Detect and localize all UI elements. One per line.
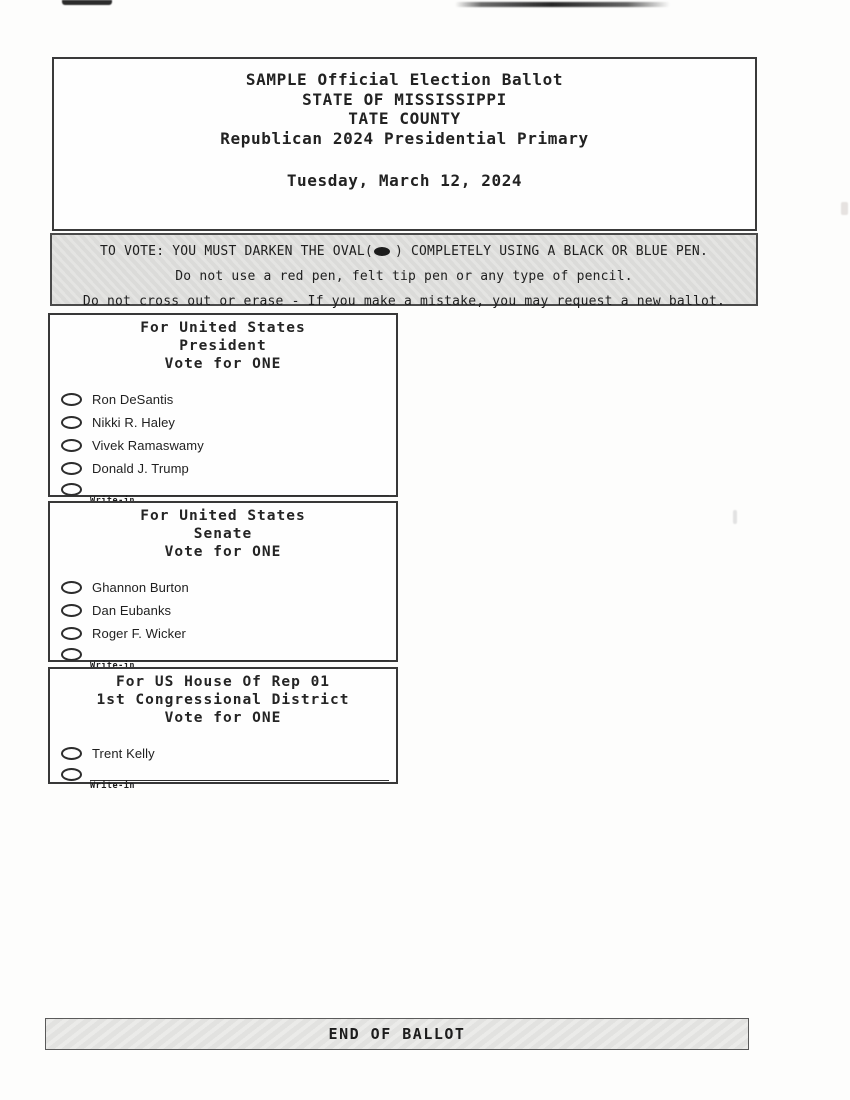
ballot-state: STATE OF MISSISSIPPI bbox=[54, 90, 755, 110]
candidate-name: Nikki R. Haley bbox=[92, 415, 175, 430]
candidate-row: Nikki R. Haley bbox=[50, 411, 396, 434]
filled-oval-icon bbox=[374, 247, 390, 256]
write-in-label: Write-in bbox=[90, 781, 135, 791]
instruction-line-1: TO VOTE: YOU MUST DARKEN THE OVAL() COMP… bbox=[52, 239, 756, 264]
contest-us-senate: For United States Senate Vote for ONE Gh… bbox=[48, 501, 398, 662]
contest-us-house-rep-01: For US House Of Rep 01 1st Congressional… bbox=[48, 667, 398, 784]
contest-title: For US House Of Rep 01 1st Congressional… bbox=[50, 669, 396, 727]
write-in-oval[interactable] bbox=[61, 648, 82, 661]
candidate-row: Ron DeSantis bbox=[50, 388, 396, 411]
candidate-row: Dan Eubanks bbox=[50, 599, 396, 622]
candidate-row: Trent Kelly bbox=[50, 742, 396, 765]
instruction-line-3: Do not cross out or erase - If you make … bbox=[52, 289, 756, 314]
ballot-oval[interactable] bbox=[61, 416, 82, 429]
write-in-line[interactable]: Write-in bbox=[90, 648, 389, 661]
candidate-row: Ghannon Burton bbox=[50, 576, 396, 599]
contest-title: For United States President Vote for ONE bbox=[50, 315, 396, 373]
contest-us-president: For United States President Vote for ONE… bbox=[48, 313, 398, 497]
end-of-ballot-label: END OF BALLOT bbox=[329, 1025, 466, 1043]
write-in-oval[interactable] bbox=[61, 768, 82, 781]
scan-artifact bbox=[841, 202, 848, 215]
scan-artifact bbox=[733, 510, 737, 524]
scan-artifact bbox=[62, 0, 112, 5]
ballot-oval[interactable] bbox=[61, 627, 82, 640]
candidate-name: Donald J. Trump bbox=[92, 461, 189, 476]
candidate-name: Dan Eubanks bbox=[92, 603, 171, 618]
ballot-oval[interactable] bbox=[61, 604, 82, 617]
candidate-row: Donald J. Trump bbox=[50, 457, 396, 480]
ballot-page: SAMPLE Official Election Ballot STATE OF… bbox=[0, 0, 850, 1100]
ballot-oval[interactable] bbox=[61, 747, 82, 760]
ballot-date: Tuesday, March 12, 2024 bbox=[54, 171, 755, 191]
candidate-row: Vivek Ramaswamy bbox=[50, 434, 396, 457]
write-in-row: Write-in bbox=[50, 765, 396, 788]
ballot-county: TATE COUNTY bbox=[54, 109, 755, 129]
voting-instructions-box: TO VOTE: YOU MUST DARKEN THE OVAL() COMP… bbox=[50, 233, 758, 306]
candidate-row: Roger F. Wicker bbox=[50, 622, 396, 645]
instruction-line-2: Do not use a red pen, felt tip pen or an… bbox=[52, 264, 756, 289]
ballot-oval[interactable] bbox=[61, 462, 82, 475]
candidate-name: Trent Kelly bbox=[92, 746, 155, 761]
ballot-election: Republican 2024 Presidential Primary bbox=[54, 129, 755, 149]
candidate-name: Vivek Ramaswamy bbox=[92, 438, 204, 453]
end-of-ballot-bar: END OF BALLOT bbox=[45, 1018, 749, 1050]
write-in-oval[interactable] bbox=[61, 483, 82, 496]
write-in-row: Write-in bbox=[50, 645, 396, 668]
candidate-name: Ron DeSantis bbox=[92, 392, 173, 407]
scan-artifact bbox=[455, 2, 670, 7]
ballot-title: SAMPLE Official Election Ballot bbox=[54, 70, 755, 90]
ballot-oval[interactable] bbox=[61, 581, 82, 594]
ballot-oval[interactable] bbox=[61, 393, 82, 406]
write-in-line[interactable]: Write-in bbox=[90, 483, 389, 496]
ballot-header-box: SAMPLE Official Election Ballot STATE OF… bbox=[52, 57, 757, 231]
write-in-row: Write-in bbox=[50, 480, 396, 503]
contest-title: For United States Senate Vote for ONE bbox=[50, 503, 396, 561]
candidate-name: Ghannon Burton bbox=[92, 580, 189, 595]
candidate-name: Roger F. Wicker bbox=[92, 626, 186, 641]
ballot-oval[interactable] bbox=[61, 439, 82, 452]
write-in-line[interactable]: Write-in bbox=[90, 768, 389, 781]
